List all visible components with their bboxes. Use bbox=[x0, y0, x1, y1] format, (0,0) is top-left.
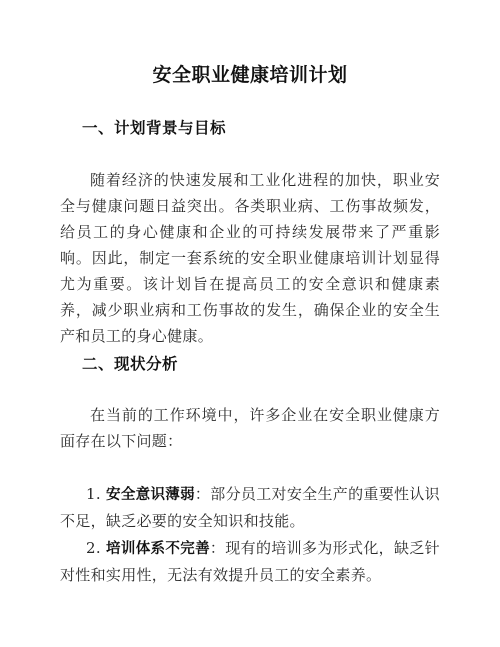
list-item: 1. 安全意识薄弱：部分员工对安全生产的重要性认识不足，缺乏必要的安全知识和技能… bbox=[60, 481, 440, 534]
section-heading-background: 一、计划背景与目标 bbox=[82, 117, 226, 139]
paragraph-background: 随着经济的快速发展和工业化进程的加快，职业安全与健康问题日益突出。各类职业病、工… bbox=[60, 167, 440, 349]
list-item-number: 2. bbox=[86, 539, 101, 557]
section-heading-status-analysis: 二、现状分析 bbox=[82, 353, 178, 375]
list-item: 2. 培训体系不完善：现有的培训多为形式化，缺乏针对性和实用性，无法有效提升员工… bbox=[60, 535, 440, 588]
list-item-separator: ： bbox=[195, 485, 210, 503]
document-page: 安全职业健康培训计划 一、计划背景与目标 随着经济的快速发展和工业化进程的加快，… bbox=[0, 0, 500, 647]
list-item-lead: 培训体系不完善 bbox=[106, 541, 210, 557]
list-item-number: 1. bbox=[86, 485, 101, 503]
document-title: 安全职业健康培训计划 bbox=[0, 62, 500, 88]
list-item-lead: 安全意识薄弱 bbox=[106, 487, 195, 503]
paragraph-status-intro: 在当前的工作环境中，许多企业在安全职业健康方面存在以下问题： bbox=[60, 402, 440, 454]
list-item-separator: ： bbox=[210, 539, 225, 557]
